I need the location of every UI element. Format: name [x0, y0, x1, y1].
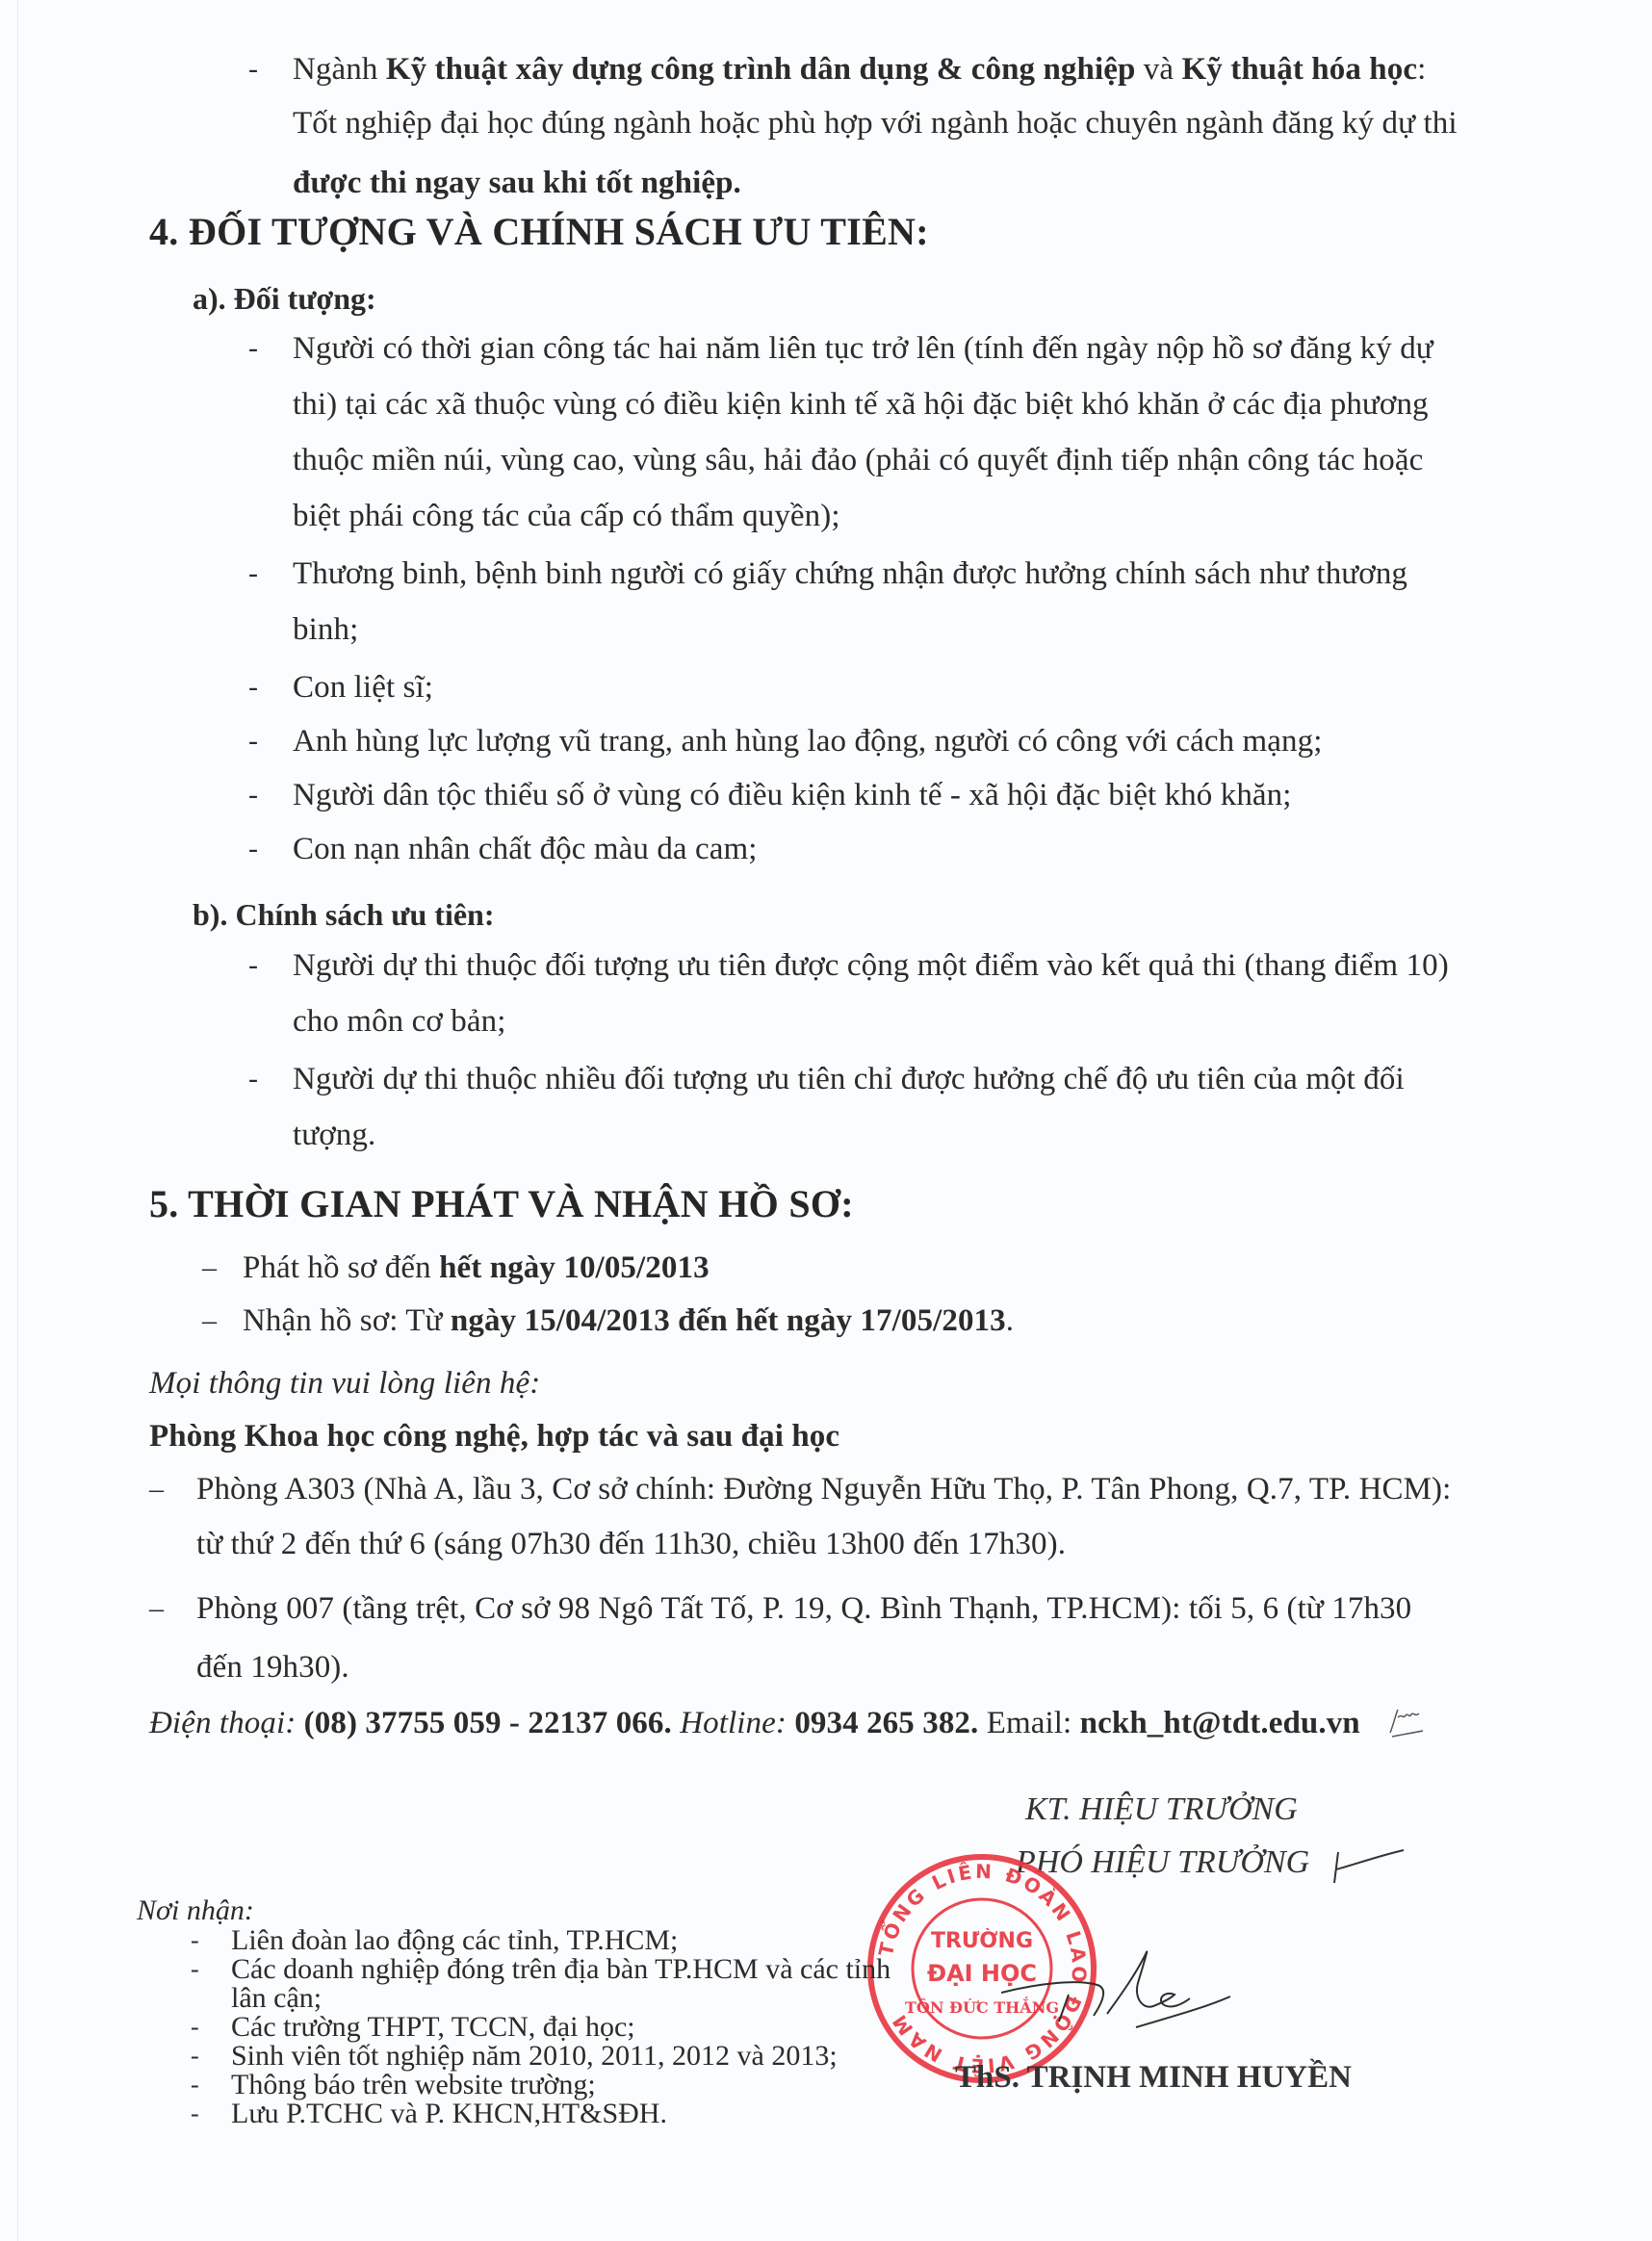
- bullet: -: [248, 830, 258, 868]
- contact-phone-line: Điện thoại: (08) 37755 059 - 22137 066. …: [149, 1704, 1360, 1742]
- bullet: -: [248, 776, 258, 814]
- bullet: -: [248, 1060, 258, 1098]
- list-item-line: binh;: [293, 610, 358, 649]
- bullet: -: [248, 946, 258, 985]
- list-item-line: thi) tại các xã thuộc vùng có điều kiện …: [293, 385, 1429, 424]
- list-item-line: Các trường THPT, TCCN, đại học;: [231, 2011, 635, 2044]
- initial-tick-icon: [1329, 1848, 1406, 1887]
- section4-a-title: a). Đối tượng:: [193, 279, 376, 318]
- signature-title-1: KT. HIỆU TRƯỞNG: [1025, 1790, 1298, 1829]
- bullet: -: [191, 1953, 199, 1986]
- contact-room1-line2: từ thứ 2 đến thứ 6 (sáng 07h30 đến 11h30…: [196, 1525, 1066, 1563]
- bullet: –: [149, 1470, 164, 1508]
- list-item-line: Người dự thi thuộc đối tượng ưu tiên đượ…: [293, 946, 1449, 985]
- section5-item-receive: Nhận hồ sơ: Từ ngày 15/04/2013 đến hết n…: [243, 1301, 1014, 1340]
- contact-office: Phòng Khoa học công nghệ, hợp tác và sau…: [149, 1417, 839, 1455]
- list-item-line: lân cận;: [231, 1982, 322, 2015]
- list-item-line: Thương binh, bệnh binh người có giấy chứ…: [293, 554, 1407, 593]
- contact-room2-line1: Phòng 007 (tầng trệt, Cơ sở 98 Ngô Tất T…: [196, 1589, 1411, 1628]
- list-item-line: Người dân tộc thiểu số ở vùng có điều ki…: [293, 776, 1292, 814]
- bullet: –: [202, 1301, 217, 1340]
- list-item-line: tượng.: [293, 1116, 375, 1154]
- list-item-line: cho môn cơ bản;: [293, 1002, 505, 1041]
- bullet: –: [202, 1249, 217, 1287]
- item-top-line2: Tốt nghiệp đại học đúng ngành hoặc phù h…: [293, 104, 1458, 142]
- list-item-line: Anh hùng lực lượng vũ trang, anh hùng la…: [293, 722, 1323, 760]
- list-item-line: Người dự thi thuộc nhiều đối tượng ưu ti…: [293, 1060, 1405, 1098]
- bullet: –: [149, 1589, 164, 1628]
- list-item-line: Thông báo trên website trường;: [231, 2069, 596, 2101]
- bullet: -: [191, 2011, 199, 2044]
- signer-name: ThS. TRỊNH MINH HUYỀN: [955, 2058, 1352, 2097]
- list-item-line: Người có thời gian công tác hai năm liên…: [293, 329, 1433, 368]
- bullet: -: [191, 1924, 199, 1957]
- list-item-line: Con liệt sĩ;: [293, 668, 433, 707]
- recipients-title: Nơi nhận:: [137, 1894, 254, 1927]
- bullet: -: [248, 329, 258, 368]
- bullet: -: [191, 2040, 199, 2073]
- bullet: -: [248, 50, 258, 89]
- list-item-line: Liên đoàn lao động các tỉnh, TP.HCM;: [231, 1924, 678, 1957]
- contact-intro: Mọi thông tin vui lòng liên hệ:: [149, 1364, 540, 1403]
- handwritten-signature-icon: [1001, 1935, 1232, 2041]
- section4-b-title: b). Chính sách ưu tiên:: [193, 895, 495, 934]
- section5-item-release: Phát hồ sơ đến hết ngày 10/05/2013: [243, 1249, 710, 1287]
- list-item-line: Các doanh nghiệp đóng trên địa bàn TP.HC…: [231, 1953, 891, 1986]
- bullet: -: [248, 668, 258, 707]
- section5-heading: 5. THỜI GIAN PHÁT VÀ NHẬN HỒ SƠ:: [149, 1182, 854, 1226]
- list-item-line: Sinh viên tốt nghiệp năm 2010, 2011, 201…: [231, 2040, 838, 2073]
- handwritten-initial-icon: [1386, 1704, 1427, 1742]
- list-item-line: Lưu P.TCHC và P. KHCN,HT&SĐH.: [231, 2098, 667, 2130]
- bullet: -: [248, 554, 258, 593]
- email-link[interactable]: nckh_ht@tdt.edu.vn: [1080, 1706, 1360, 1740]
- item-top-line3: được thi ngay sau khi tốt nghiệp.: [293, 164, 741, 202]
- page-edge: [17, 0, 18, 2241]
- bullet: -: [191, 2098, 199, 2130]
- list-item-line: biệt phái công tác của cấp có thẩm quyền…: [293, 497, 840, 535]
- item-top-line1: Ngành Kỹ thuật xây dựng công trình dân d…: [293, 50, 1426, 89]
- list-item-line: thuộc miền núi, vùng cao, vùng sâu, hải …: [293, 441, 1423, 479]
- bullet: -: [248, 722, 258, 760]
- bullet: -: [191, 2069, 199, 2101]
- contact-room1-line1: Phòng A303 (Nhà A, lầu 3, Cơ sở chính: Đ…: [196, 1470, 1451, 1508]
- contact-room2-line2: đến 19h30).: [196, 1648, 349, 1687]
- list-item-line: Con nạn nhân chất độc màu da cam;: [293, 830, 758, 868]
- section4-heading: 4. ĐỐI TƯỢNG VÀ CHÍNH SÁCH ƯU TIÊN:: [149, 210, 929, 254]
